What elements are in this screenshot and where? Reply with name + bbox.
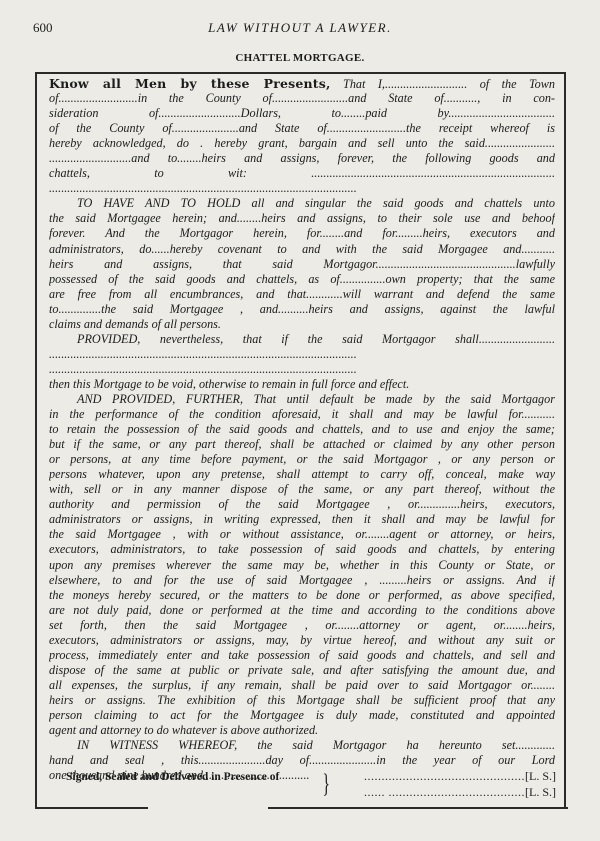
habendum-clause: TO HAVE AND TO HOLD all and singular the… bbox=[49, 196, 555, 211]
text-line: authority and permission of the said Mor… bbox=[49, 497, 555, 512]
opening-phrase: Know all Men by these Presents, bbox=[49, 76, 331, 91]
text-line: of..........................in the Count… bbox=[49, 91, 555, 106]
text-line: but if the same, or any part thereof, sh… bbox=[49, 437, 555, 452]
text-line: to..............the said Mortgagee , and… bbox=[49, 302, 555, 317]
running-title: LAW WITHOUT A LAWYER. bbox=[0, 20, 600, 36]
text-line: Know all Men by these Presents, That I,.… bbox=[49, 76, 555, 91]
text-line: set forth, then the said Mortgagee , or.… bbox=[49, 618, 555, 633]
text-line: sideration of...........................… bbox=[49, 106, 555, 121]
text-line: the said Mortgagee , with or without ass… bbox=[49, 527, 555, 542]
witness-clause: IN WITNESS WHEREOF, the said Mortgagor h… bbox=[49, 738, 555, 753]
text-line: process, immediately enter and take poss… bbox=[49, 648, 555, 663]
text-line: of the County of......................an… bbox=[49, 121, 555, 136]
signature-line-2: ...... .................................… bbox=[332, 785, 556, 800]
text-line: or persons, at any time before payment, … bbox=[49, 452, 555, 467]
text-line: then this Mortgage to be void, otherwise… bbox=[49, 377, 555, 392]
text-line: hand and seal , this....................… bbox=[49, 753, 555, 768]
text-line: executors, administrators or assigns, ma… bbox=[49, 633, 555, 648]
text-line: administrators, do......hereby covenant … bbox=[49, 242, 555, 257]
proviso-clause: PROVIDED, nevertheless, that if the said… bbox=[49, 332, 555, 347]
text-line: ........................................… bbox=[49, 362, 555, 377]
text-line: dispose of the same at public or private… bbox=[49, 663, 555, 678]
seal-label: [L. S.] bbox=[525, 769, 556, 783]
text-line: hereby acknowledged, do . hereby grant, … bbox=[49, 136, 555, 151]
text-line: elsewhere, to and for the use of said Mo… bbox=[49, 573, 555, 588]
text-line: person claiming to act for the Mortgagee… bbox=[49, 708, 555, 723]
text-line: the said Mortgagee herein; and........he… bbox=[49, 211, 555, 226]
text-line: the moneys hereby secured, or the matter… bbox=[49, 588, 555, 603]
text-line: ........................................… bbox=[49, 347, 555, 362]
text-line: possessed of the said goods and chattels… bbox=[49, 272, 555, 287]
seal-label: [L. S.] bbox=[525, 785, 556, 799]
signed-sealed-label: Signed, Sealed and Delivered in Presence… bbox=[66, 771, 279, 783]
text-line: ...........................and to.......… bbox=[49, 151, 555, 166]
text-line: executors, administrators, to take posse… bbox=[49, 542, 555, 557]
signature-line-1: ........................................… bbox=[332, 769, 556, 784]
text-line: administrators or assigns, in writing ex… bbox=[49, 512, 555, 527]
text-line: in the performance of the condition afor… bbox=[49, 407, 555, 422]
text-line: to retain the possession of the said goo… bbox=[49, 422, 555, 437]
text-line: heirs and assigns, that said Mortgagor..… bbox=[49, 257, 555, 272]
signature-block: Signed, Sealed and Delivered in Presence… bbox=[66, 769, 562, 805]
further-proviso-clause: AND PROVIDED, FURTHER, That until defaul… bbox=[49, 392, 555, 407]
brace-icon: } bbox=[322, 769, 329, 799]
text-line: with, sell or in any manner dispose of t… bbox=[49, 482, 555, 497]
form-border-bottom-left bbox=[35, 807, 148, 809]
text-line: agent and attorney to do whatever is abo… bbox=[49, 723, 555, 738]
text-line: persons whatever, upon any pretense, sha… bbox=[49, 467, 555, 482]
page-header: 600 LAW WITHOUT A LAWYER. bbox=[0, 20, 600, 40]
text-line: heirs or assigns. The exhibition of this… bbox=[49, 693, 555, 708]
text-line: are free from all encumbrances, and that… bbox=[49, 287, 555, 302]
text-line: all expenses, the surplus, if any remain… bbox=[49, 678, 555, 693]
text-line: ........................................… bbox=[49, 181, 555, 196]
form-border-bottom-right bbox=[268, 807, 568, 809]
text-line: are not duly paid, done or performed at … bbox=[49, 603, 555, 618]
text-line: chattels, to wit: ......................… bbox=[49, 166, 555, 181]
form-body: Know all Men by these Presents, That I,.… bbox=[49, 76, 555, 783]
form-title: CHATTEL MORTGAGE. bbox=[0, 52, 600, 64]
text-line: forever. And the Mortgagor herein, for..… bbox=[49, 226, 555, 241]
text-line: upon any premises wherever the same may … bbox=[49, 558, 555, 573]
text-line: claims and demands of all persons. bbox=[49, 317, 555, 332]
